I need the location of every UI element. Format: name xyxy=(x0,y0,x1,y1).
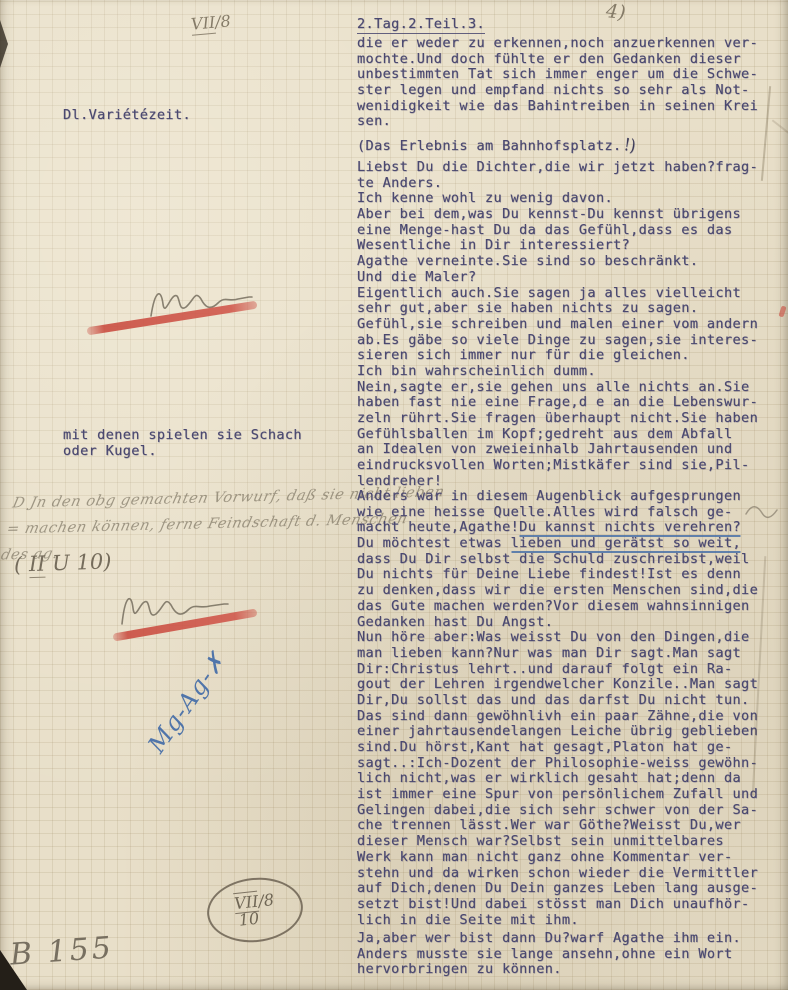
typescript-line: Gedanken hast Du Angst. xyxy=(357,615,758,631)
blue-pencil-mark: Mg-Ag-✗ xyxy=(143,647,232,758)
typescript-line: unbestimmten Tat sich immer enger um die… xyxy=(357,67,758,83)
typescript-line: die er weder zu erkennen,noch anzuerkenn… xyxy=(357,36,758,52)
typescript-line: man lieben kann?Nur was man Dir sagt.Man… xyxy=(357,646,758,662)
typescript-line: setzt bist!Und dabei stösst man Dich una… xyxy=(357,897,758,913)
typescript-line: Ich bin wahrscheinlich dumm. xyxy=(357,364,758,380)
margin-note-schach: mit denen spielen sie Schachoder Kugel. xyxy=(63,428,302,459)
typescript-line: haben fast nie eine Frage,d e an die Leb… xyxy=(357,395,758,411)
typescript-line: Ja,aber wer bist dann Du?warf Agathe ihm… xyxy=(357,931,741,947)
paragraph-1: die er weder zu erkennen,noch anzuerkenn… xyxy=(357,36,758,130)
paper-edge-notch-top-left xyxy=(0,20,8,68)
typescript-line: sehr gut,aber sie haben nichts zu sagen. xyxy=(357,301,758,317)
typescript-line: wenidigkeit wie das Bahintreiben in sein… xyxy=(357,99,758,115)
typescript-line: Dir,Du sollst das und das darfst Du nich… xyxy=(357,693,758,709)
typescript-line: oder Kugel. xyxy=(63,444,302,460)
dialogue-block: Liebst Du die Dichter,die wir jetzt habe… xyxy=(357,160,758,489)
typescript-line: lich nicht,was er wirklich gesaht hat;de… xyxy=(357,771,758,787)
typescript-line: gout der Lehren irgendwelcher Konzile..M… xyxy=(357,677,758,693)
typescript-line: Gefühl,sie schreiben und malen einer vom… xyxy=(357,317,758,333)
typescript-line: Du möchtest etwas lieben und gerätst so … xyxy=(357,536,758,552)
typescript-line: mit denen spielen sie Schach xyxy=(63,428,302,444)
typescript-line: Du nichts für Deine Liebe findest!Ist es… xyxy=(357,567,758,583)
typescript-line: ster legen und empfand nichts so sehr al… xyxy=(357,83,758,99)
typescript-line: das Gute machen werden?Vor diesem wahnsi… xyxy=(357,599,758,615)
typescript-line: sind.Du hörst,Kant hat gesagt,Platon hat… xyxy=(357,740,758,756)
pencil-squiggle-mark xyxy=(744,500,782,524)
paragraph-2: Anders war in diesem Augenblick aufgespr… xyxy=(357,489,758,928)
scene-note: (Das Erlebnis am Bahnhofsplatz.!) xyxy=(357,139,635,155)
archive-number-vii: VII xyxy=(190,13,216,36)
siglum-ii: II xyxy=(28,552,45,579)
archive-stamp: VII/8 10 xyxy=(204,873,306,947)
typescript-line: Nun höre aber:Was weisst Du von den Ding… xyxy=(357,630,758,646)
siglum-note: ( II U 10) xyxy=(14,549,112,576)
archive-number-rest: /8 xyxy=(214,11,231,31)
typescript-line: sen. xyxy=(357,114,758,130)
typescript-line: hervorbringen zu können. xyxy=(357,962,741,978)
paragraph-3: Ja,aber wer bist dann Du?warf Agathe ihm… xyxy=(357,931,741,978)
typescript-line: an Idealen von zweieinhalb Jahrtausenden… xyxy=(357,442,758,458)
section-heading: 2.Tag.2.Teil.3. xyxy=(357,17,485,33)
typescript-line: Agathe verneinte.Sie sind so beschränkt. xyxy=(357,254,758,270)
typescript-line: Wesentliche in Dir interessiert? xyxy=(357,238,758,254)
typescript-line: Werk kann man nicht ganz ohne Kommentar … xyxy=(357,850,758,866)
section-heading-text: 2.Tag.2.Teil.3. xyxy=(357,16,485,34)
folder-signature: B 155 xyxy=(9,930,115,972)
typescript-line: Und die Maler? xyxy=(357,270,758,286)
typescript-line: Das sind dann gewöhnlivh ein paar Zähne,… xyxy=(357,709,758,725)
typescript-line: einer jahrtausendelangen Leiche übrig ge… xyxy=(357,724,758,740)
archive-stamp-rest: /8 xyxy=(257,890,274,911)
scene-note-ink-mark: !) xyxy=(622,136,636,157)
typescript-line: lich in die Seite mit ihm. xyxy=(357,913,758,929)
typescript-line: zu denken,dass wir die ersten Menschen s… xyxy=(357,583,758,599)
scene-note-text: (Das Erlebnis am Bahnhofsplatz. xyxy=(357,138,622,154)
typescript-line: stehn und da wirken schon wieder die Ver… xyxy=(357,866,758,882)
paper-tear-right-top xyxy=(761,86,771,181)
archive-stamp-line2: 10 xyxy=(238,910,260,929)
typescript-line: Eigentlich auch.Sie sagen ja alles viell… xyxy=(357,286,758,302)
red-edge-mark xyxy=(778,305,786,317)
siglum-open: ( xyxy=(14,552,30,577)
page-number: 4) xyxy=(605,0,627,24)
typescript-line: Aber bei dem,was Du kennst-Du kennst übr… xyxy=(357,207,758,223)
typescript-line: che trennen lässt.Wer war Göthe?Weisst D… xyxy=(357,818,758,834)
typescript-line: Dir:Christus lehrt..und darauf folgt ein… xyxy=(357,662,758,678)
typescript-line: ist immer eine Spur von persönlichem Zuf… xyxy=(357,787,758,803)
typescript-line: Nein,sagte er,sie gehen uns alle nichts … xyxy=(357,380,758,396)
typescript-line: auf Dich,denen Du Dein ganzes Leben lang… xyxy=(357,881,758,897)
typescript-line: zeln rührt.Sie fragen überhaupt nicht.Si… xyxy=(357,411,758,427)
typescript-line: Liebst Du die Dichter,die wir jetzt habe… xyxy=(357,160,758,176)
typescript-line: Anders war in diesem Augenblick aufgespr… xyxy=(357,489,758,505)
siglum-rest: U 10) xyxy=(45,549,112,575)
archive-number-top: VII/8 xyxy=(190,11,231,33)
paper-tear-right-notch xyxy=(772,119,788,134)
typescript-line: sieren sich immer nur für die gleichen. xyxy=(357,348,758,364)
typescript-line: eindrucksvollen Worten;Mistkäfer sind si… xyxy=(357,458,758,474)
typescript-line: macht heute,Agathe!Du kannst nichts vere… xyxy=(357,520,758,536)
typescript-line: ab.Es gäbe so viele Dinge zu sagen,sie i… xyxy=(357,333,758,349)
typescript-line: Ich kenne wohl zu wenig davon. xyxy=(357,191,758,207)
typescript-line: dieser Mensch war?Selbst sein unmittelba… xyxy=(357,834,758,850)
manuscript-page: VII/8 4) 2.Tag.2.Teil.3. die er weder zu… xyxy=(0,0,788,990)
margin-note-varietezeit: Dl.Variétézeit. xyxy=(63,108,191,124)
